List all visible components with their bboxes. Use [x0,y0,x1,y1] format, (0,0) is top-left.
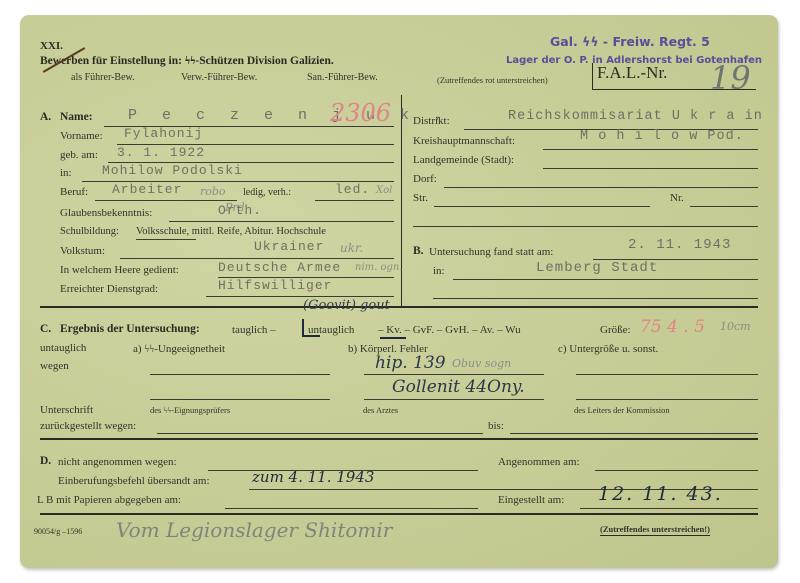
groesse-value: 75 4 . 5 [640,317,705,337]
footer-note: (Zutreffendes unterstreichen!) [600,524,710,536]
reason-c-line-1 [576,374,758,375]
ledig-annotation: Xol [376,185,392,196]
landgemeinde-label: Landgemeinde (Stadt): [413,154,514,166]
header-note: (Zutreffendes rot unterstreichen) [437,75,548,85]
dienstgrad-label: Erreichter Dienstgrad: [60,283,158,295]
option-fuehrer: als Führer-Bew. [71,72,135,83]
dorf-label: Dorf: [413,173,437,185]
ergebnis-title: Ergebnis der Untersuchung: [60,323,200,335]
bis-line [510,433,758,434]
glaubens-label: Glaubensbekenntnis: [60,207,152,219]
str-line [434,206,650,207]
reason-a-line-1 [150,374,330,375]
untersuchung-place-line [453,279,758,280]
dienstgrad-value: Hilfswilliger [218,278,332,293]
stamp-line-1: Gal. ϟϟ - Freiw. Regt. 5 [550,34,710,49]
volkstum-line [120,258,394,259]
vorname-label: Vorname: [60,130,103,142]
groesse-note: 10cm [720,320,751,333]
geb-label: geb. am: [60,149,98,161]
section-a-bottom-rule [40,306,758,308]
dorf-line [444,187,758,188]
kreis-value: M o h i l o w Pod. [580,129,744,144]
eingestellt-label: Eingestellt am: [498,494,564,506]
section-d-bottom-rule [40,513,758,515]
reason-c-line-2 [576,399,758,400]
distrikt-value: Reichskommisariat U k r a in [508,109,763,124]
reason-a-line-2 [150,399,330,400]
nr-line [690,206,758,207]
card-number: XXI. [40,40,63,52]
einberufung-value: zum 4. 11. 1943 [252,468,374,486]
eingestellt-value: 12. 11. 43. [598,483,723,505]
unterschrift-label: Unterschrift [40,404,93,416]
angenommen-label: Angenommen am: [498,456,580,468]
zurueckgestellt-label: zurückgestellt wegen: [40,420,136,432]
kreis-label: Kreishauptmannschaft: [413,135,515,147]
section-c-marker: C. [40,323,51,335]
in-label: in: [60,167,72,179]
fal-number: 19 [710,59,751,97]
reason-a-label: a) ϟϟ-Ungeeignetheit [133,343,225,355]
einberufung-label: Einberufungsbefehl übersandt am: [58,475,210,487]
enlistment-card: XXI. Bewerben für Einstellung in: ϟϟ-Sch… [20,15,778,568]
reason-b-pencil-note: Obuv sogn [452,357,511,370]
heere-annotation: nim. ogn. [355,262,403,273]
header-title-division: ϟϟ-Schützen Division Galizien. [185,55,334,67]
header-title: Bewerben für Einstellung in: ϟϟ-Schützen… [40,55,334,67]
lb-line [225,508,478,509]
schulbildung-value: Volksschule, mittl. Reife, Abitur. Hochs… [136,226,326,237]
handwritten-above-untauglich: (Goovit) gout [303,298,390,313]
class-list: – Kv. – GvF. – GvH. – Av. – Wu [378,324,521,336]
beruf-value: Arbeiter [112,182,182,197]
nr-label: Nr. [670,192,684,204]
reason-b-handwritten-1: hip. 139 [375,353,446,373]
groesse-label: Größe: [600,324,631,336]
dienstgrad-line [206,296,394,297]
bis-label: bis: [488,420,504,432]
fal-box-left [592,63,593,89]
beruf-line [95,200,237,201]
kreis-line [543,149,758,150]
in-value: Mohilow Podolski [102,163,243,178]
section-a-marker: A. [40,111,51,123]
ledig-line [315,200,394,201]
volkstum-label: Volkstum: [60,245,105,257]
kv-underline-mark [380,337,406,339]
untersuchung-extra-line [433,298,758,299]
volkstum-annotation: ukr. [340,241,363,255]
beruf-label: Beruf: [60,186,88,198]
angenommen-line [595,470,758,471]
column-divider [401,95,402,306]
untersuchung-place-label: in: [433,265,445,277]
option-san: San.-Führer-Bew. [307,72,378,83]
untersuchung-date-value: 2. 11. 1943 [628,237,731,253]
untersuchung-date-label: Untersuchung fand statt am: [429,246,553,258]
form-number: 90054/g –1596 [34,527,82,536]
signature-arzt: des Arztes [363,405,398,415]
geb-value: 3. 1. 1922 [117,145,205,160]
address-extra-line [413,226,758,227]
reason-b-line-1 [364,374,544,375]
name-value: P e c z e n j u k , [128,107,451,124]
str-label: Str. [413,192,428,204]
tauglich-label: tauglich – [232,324,276,336]
untauglich-bracket-mark [302,319,320,337]
untauglich-wegen-1: untauglich [40,342,86,354]
ledig-value: led. [335,182,370,197]
zurueckgestellt-line [157,433,483,434]
glaubens-line [169,221,394,222]
reason-c-label: c) Untergröße u. sonst. [558,343,658,355]
schulbildung-label: Schulbildung: [60,226,119,237]
signature-leiter: des Leiters der Kommission [574,405,670,415]
section-d-marker: D. [40,455,51,467]
distrikt-label: Distrikt: [413,115,450,127]
beruf-annotation: robo [200,185,226,198]
nicht-angenommen-label: nicht angenommen wegen: [58,456,177,468]
name-label: Name: [60,111,93,123]
reason-b-line-2 [364,399,544,400]
heere-label: In welchem Heere gedient: [60,264,179,276]
footer-handwritten: Vom Legionslager Shitomir [116,518,392,542]
glaubens-value: Orth. [218,203,262,218]
landgemeinde-line [543,168,758,169]
heere-value: Deutsche Armee [218,260,341,275]
ledig-label: ledig, verh.: [243,187,291,198]
untauglich-wegen-2: wegen [40,360,69,372]
volkstum-value: Ukrainer [254,239,324,254]
reason-b-handwritten-2: Gollenit 44Ony. [392,377,525,397]
untersuchung-place-value: Lemberg Stadt [536,260,658,276]
section-c-bottom-rule [40,438,758,440]
section-b-marker: B. [413,245,424,257]
vorname-value: Fylahonij [124,126,203,141]
name-annotation: 2306 [330,99,391,127]
eingestellt-line [580,508,758,509]
option-verw: Verw.-Führer-Bew. [181,72,257,83]
fal-label: F.A.L.-Nr. [597,63,667,83]
schulbildung-underline [136,239,196,240]
signature-eignungspruefer: des ϟϟ-Eignungsprüfers [150,405,230,415]
lb-label: L B mit Papieren abgegeben am: [37,494,181,506]
